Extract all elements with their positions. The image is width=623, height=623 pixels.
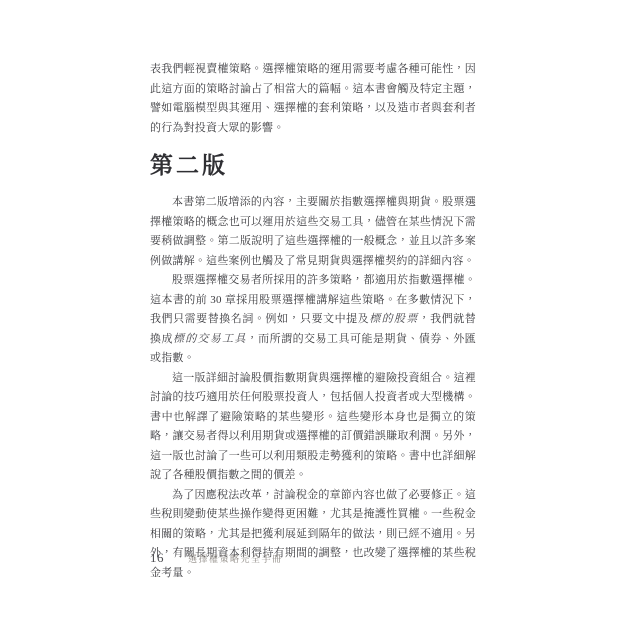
continuation-paragraph: 表我們輕視賣權策略。選擇權策略的運用需要考慮各種可能性，因此這方面的策略討論占了… (150, 60, 476, 138)
underlying-stock-emphasis: 標的股票 (369, 313, 418, 325)
text-column: 表我們輕視賣權策略。選擇權策略的運用需要考慮各種可能性，因此這方面的策略討論占了… (150, 60, 476, 583)
paragraph-edition-additions: 本書第二版增添的內容，主要關於指數選擇權與期貨。股票選擇權策略的概念也可以運用於… (150, 193, 476, 271)
page-footer: 16 選擇權策略完全手冊 (150, 550, 476, 566)
running-title: 選擇權策略完全手冊 (188, 552, 283, 565)
page-number: 16 (150, 550, 164, 566)
underlying-instrument-emphasis: 標的交易工具 (173, 333, 247, 345)
paragraph-substitution: 股票選擇權交易者所採用的許多策略，都適用於指數選擇權。這本書的前 30 章採用股… (150, 271, 476, 369)
paragraph-hedging: 這一版詳細討論股價指數期貨與選擇權的避險投資組合。這裡討論的技巧適用於任何股票投… (150, 369, 476, 486)
paragraph-tax: 為了因應稅法改革，討論稅金的章節內容也做了必要修正。這些稅則變動使某些操作變得更… (150, 486, 476, 584)
book-page: 表我們輕視賣權策略。選擇權策略的運用需要考慮各種可能性，因此這方面的策略討論占了… (0, 0, 623, 623)
section-heading: 第二版 (150, 151, 476, 181)
